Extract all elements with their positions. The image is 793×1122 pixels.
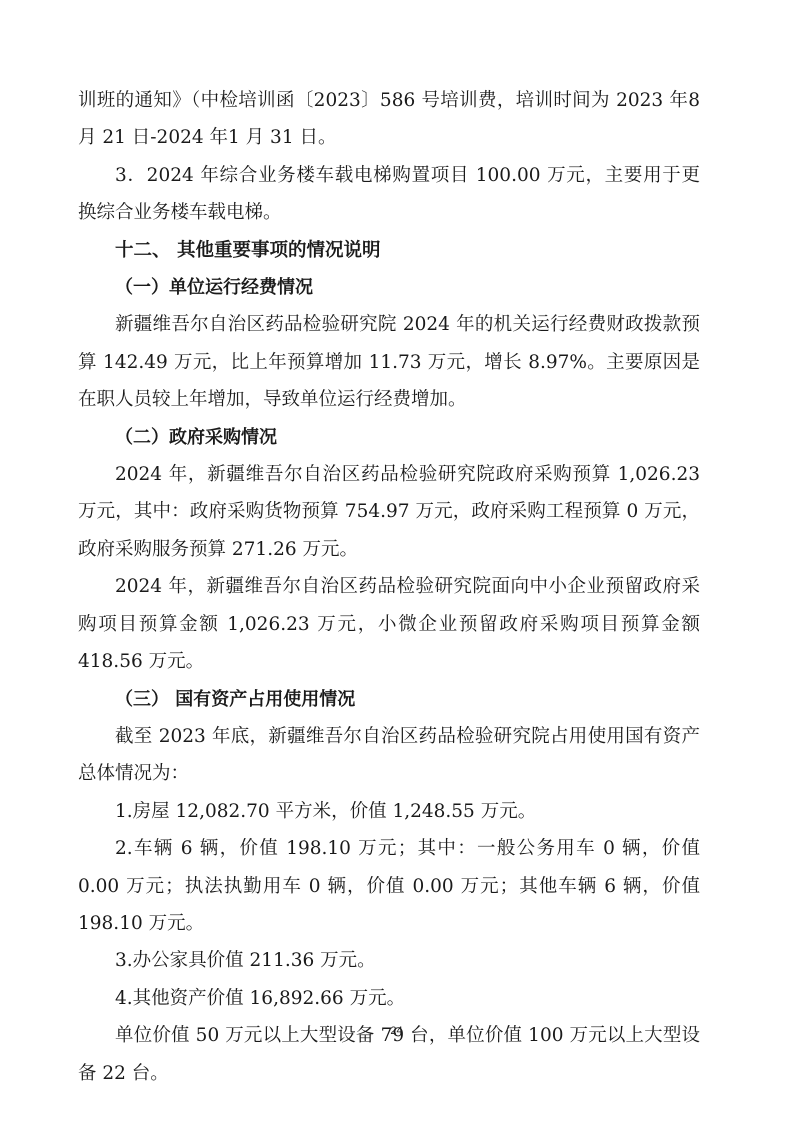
paragraph-elevator-project: 3．2024 年综合业务楼车载电梯购置项目 100.00 万元，主要用于更换综合… bbox=[78, 157, 700, 232]
paragraph-sme-procurement: 2024 年，新疆维吾尔自治区药品检验研究院面向中小企业预留政府采购项目预算金额… bbox=[78, 568, 700, 680]
list-item-other-assets: 4.其他资产价值 16,892.66 万元。 bbox=[78, 980, 700, 1017]
document-page: 训班的通知》（中检培训函〔2023〕586 号培训费，培训时间为 2023 年8… bbox=[78, 82, 700, 1092]
list-item-furniture: 3.办公家具价值 211.36 万元。 bbox=[78, 942, 700, 979]
paragraph-procurement-budget: 2024 年，新疆维吾尔自治区药品检验研究院政府采购预算 1,026.23 万元… bbox=[78, 456, 700, 568]
paragraph-training-notice-continued: 训班的通知》（中检培训函〔2023〕586 号培训费，培训时间为 2023 年8… bbox=[78, 82, 700, 157]
subsection-heading-procurement: （二）政府采购情况 bbox=[78, 419, 700, 456]
paragraph-operating-expenses: 新疆维吾尔自治区药品检验研究院 2024 年的机关运行经费财政拨款预算 142.… bbox=[78, 306, 700, 418]
page-number: 24 bbox=[0, 1025, 793, 1037]
paragraph-assets-intro: 截至 2023 年底，新疆维吾尔自治区药品检验研究院占用使用国有资产总体情况为： bbox=[78, 718, 700, 793]
subsection-heading-state-assets: （三） 国有资产占用使用情况 bbox=[78, 681, 700, 718]
list-item-vehicles: 2.车辆 6 辆，价值 198.10 万元；其中：一般公务用车 0 辆，价值 0… bbox=[78, 830, 700, 942]
section-heading-other-matters: 十二、 其他重要事项的情况说明 bbox=[78, 232, 700, 269]
list-item-buildings: 1.房屋 12,082.70 平方米，价值 1,248.55 万元。 bbox=[78, 793, 700, 830]
subsection-heading-operating-expenses: （一）单位运行经费情况 bbox=[78, 269, 700, 306]
